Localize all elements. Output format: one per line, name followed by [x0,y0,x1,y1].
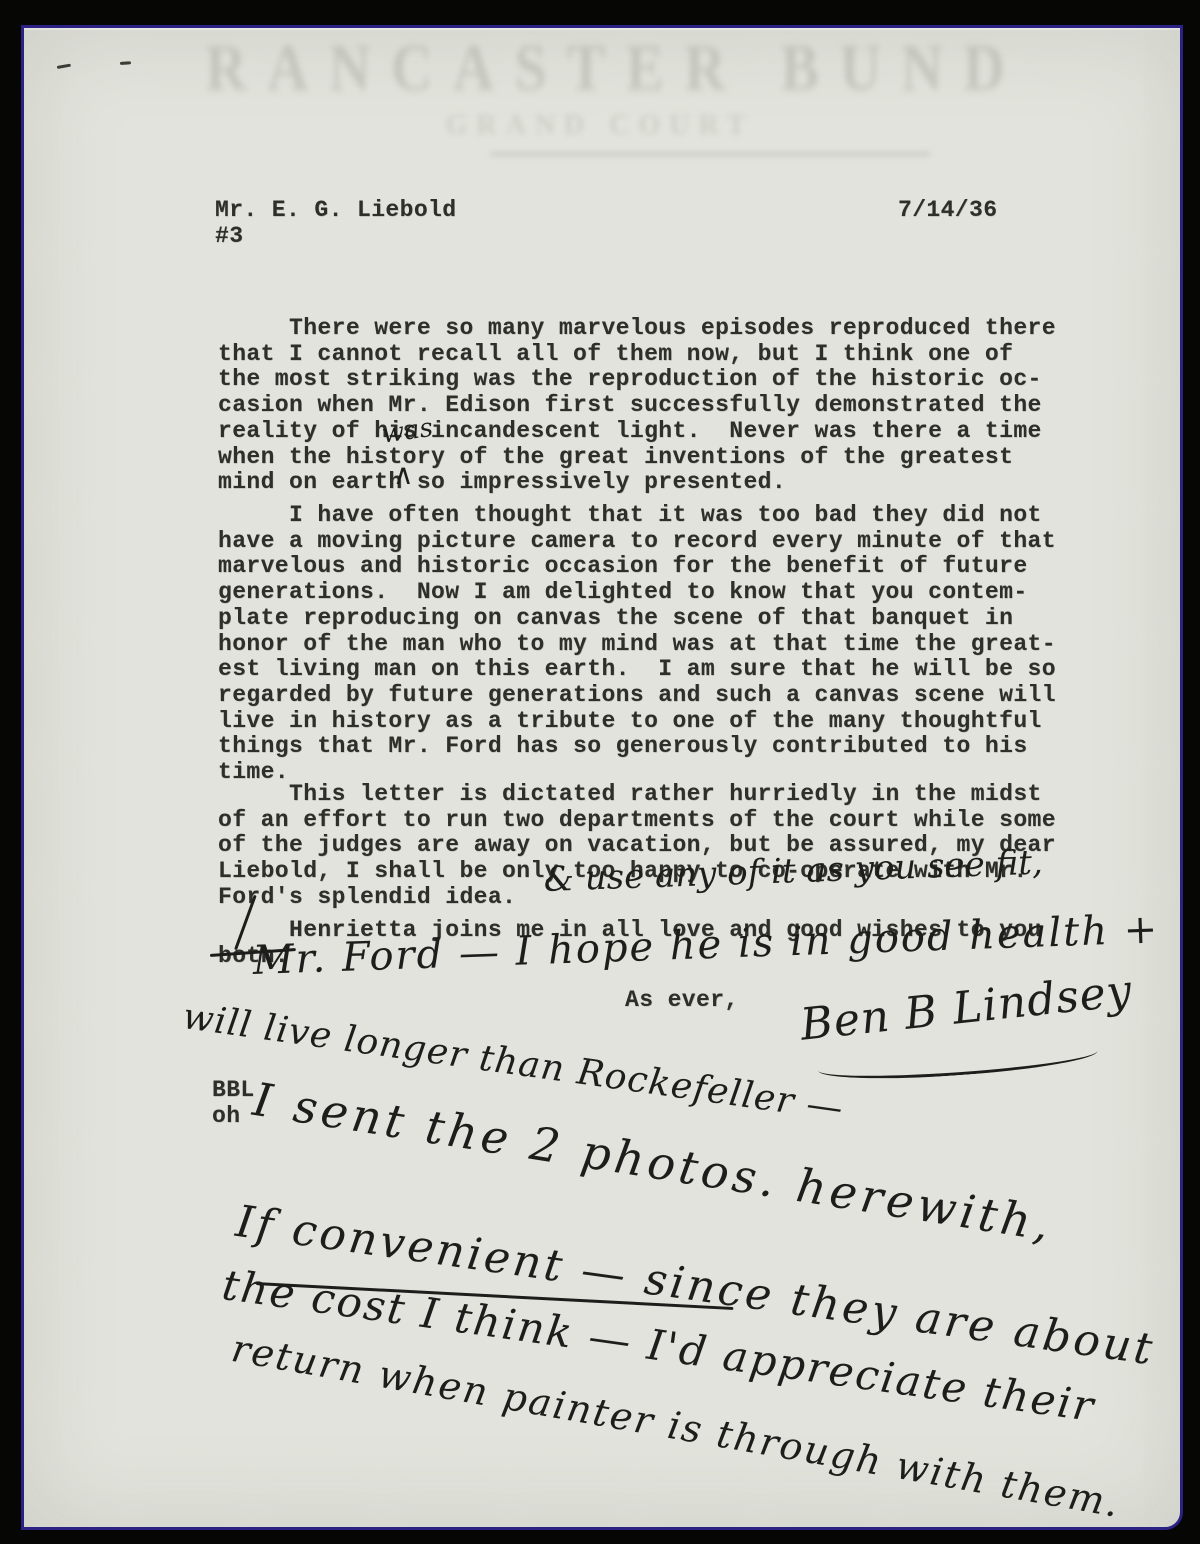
paragraph-camera: I have often thought that it was too bad… [218,503,1056,786]
date: 7/14/36 [898,198,997,224]
document-scan: RANCASTER BUND GRAND COURT Mr. E. G. Lie… [0,0,1200,1544]
letterhead-ghost-line-2: GRAND COURT [385,110,815,142]
valediction: As ever, [625,988,739,1014]
insertion-caret: ∧ [393,458,414,491]
page-number: #3 [215,224,243,250]
typist-initials: BBL oh [212,1078,255,1129]
letterhead-ghost-rule [490,152,930,156]
recipient-line: Mr. E. G. Liebold [215,198,456,224]
paragraph-episodes: There were so many marvelous episodes re… [218,316,1056,496]
letterhead-ghost-line-1: RANCASTER BUND [165,29,1065,106]
